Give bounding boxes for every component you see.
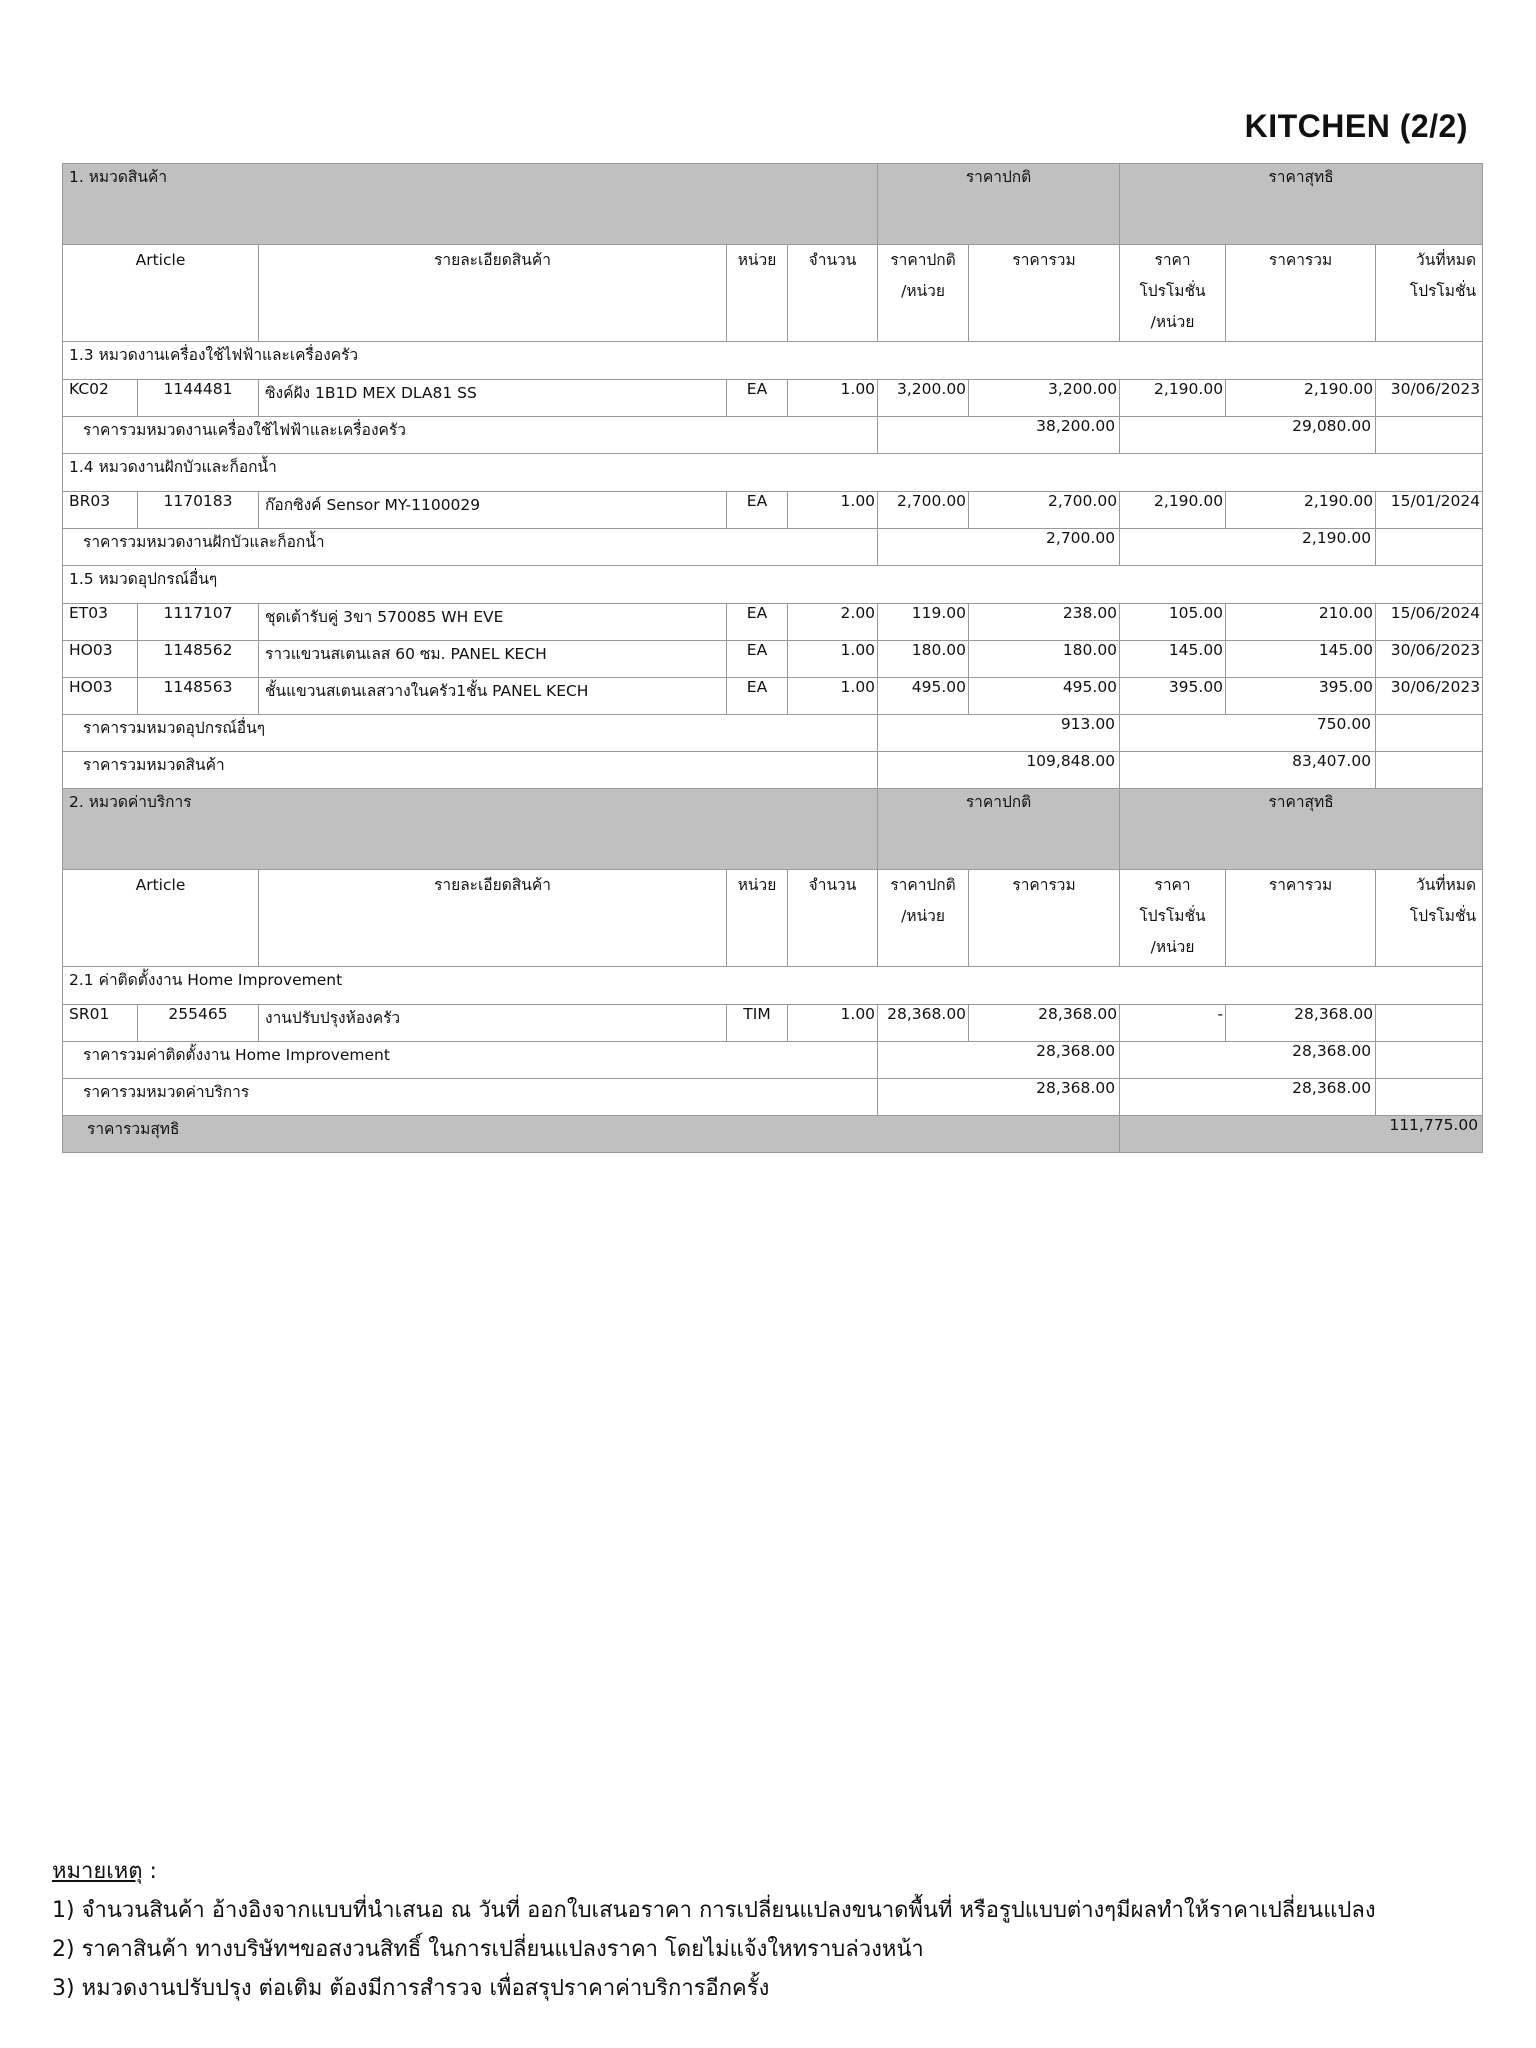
section-total-empty (1376, 1079, 1483, 1116)
col-description: รายละเอียดสินค้า (259, 245, 727, 342)
note-line: 2) ราคาสินค้า ทางบริษัทฯขอสงวนสิทธิ์ ในก… (52, 1930, 1376, 1969)
header-text: รายละเอียดสินค้า (265, 870, 720, 901)
section-total-net: 28,368.00 (1120, 1079, 1376, 1116)
header-text: วันที่หมด (1382, 245, 1476, 276)
col-normal-unit-price: ราคาปกติ/หน่วย (878, 870, 969, 967)
item-promo-price: 105.00 (1120, 604, 1226, 641)
item-article: 1170183 (138, 492, 259, 529)
header-text: Article (69, 870, 252, 901)
group-normal-price: ราคาปกติ (878, 164, 1120, 245)
header-text: ราคาปกติ (884, 245, 962, 276)
col-promo-end: วันที่หมดโปรโมชั่น (1376, 870, 1483, 967)
category-header: 1.3 หมวดงานเครื่องใช้ไฟฟ้าและเครื่องครัว (63, 342, 1483, 380)
item-total: 3,200.00 (969, 380, 1120, 417)
item-promo-end (1376, 1005, 1483, 1042)
subtotal-label: ราคารวมค่าติดตั้งงาน Home Improvement (63, 1042, 878, 1079)
group-normal-price: ราคาปกติ (878, 789, 1120, 870)
col-unit: หน่วย (727, 870, 788, 967)
group-net-price: ราคาสุทธิ (1120, 789, 1483, 870)
category-title: 1.5 หมวดอุปกรณ์อื่นๆ (63, 566, 1483, 604)
item-article: 255465 (138, 1005, 259, 1042)
column-header-row: Articleรายละเอียดสินค้าหน่วยจำนวนราคาปกต… (63, 870, 1483, 967)
grand-total-value: 111,775.00 (1120, 1116, 1483, 1153)
subtotal-net: 2,190.00 (1120, 529, 1376, 566)
quotation-table: 1. หมวดสินค้าราคาปกติราคาสุทธิArticleราย… (62, 163, 1483, 1153)
header-text: จำนวน (794, 245, 871, 276)
subtotal-net: 750.00 (1120, 715, 1376, 752)
category-title: 1.4 หมวดงานฝักบัวและก็อกน้ำ (63, 454, 1483, 492)
col-normal-total: ราคารวม (969, 870, 1120, 967)
col-qty: จำนวน (788, 870, 878, 967)
header-text: /หน่วย (1126, 307, 1219, 338)
item-unit: EA (727, 641, 788, 678)
section-total: ราคารวมหมวดค่าบริการ28,368.0028,368.00 (63, 1079, 1483, 1116)
section-total-normal: 109,848.00 (878, 752, 1120, 789)
subtotal-label: ราคารวมหมวดงานเครื่องใช้ไฟฟ้าและเครื่องค… (63, 417, 878, 454)
item-unit: EA (727, 380, 788, 417)
item-total: 180.00 (969, 641, 1120, 678)
table-row: HO031148563ชั้นแขวนสเตนเลสวางในครัว1ชั้น… (63, 678, 1483, 715)
item-qty: 1.00 (788, 1005, 878, 1042)
item-total: 2,700.00 (969, 492, 1120, 529)
item-article: 1117107 (138, 604, 259, 641)
item-description: ซิงค์ฝัง 1B1D MEX DLA81 SS (259, 380, 727, 417)
category-header: 2.1 ค่าติดตั้งงาน Home Improvement (63, 967, 1483, 1005)
col-article: Article (63, 245, 259, 342)
category-title: 2.1 ค่าติดตั้งงาน Home Improvement (63, 967, 1483, 1005)
item-promo-price: 395.00 (1120, 678, 1226, 715)
header-text: หน่วย (733, 870, 781, 901)
item-description: ชุดเต้ารับคู่ 3ขา 570085 WH EVE (259, 604, 727, 641)
item-unit: EA (727, 604, 788, 641)
col-net-total: ราคารวม (1226, 245, 1376, 342)
item-qty: 1.00 (788, 380, 878, 417)
item-promo-price: - (1120, 1005, 1226, 1042)
item-net-total: 210.00 (1226, 604, 1376, 641)
item-qty: 1.00 (788, 492, 878, 529)
item-qty: 1.00 (788, 641, 878, 678)
header-text: ราคารวม (1232, 870, 1369, 901)
col-article: Article (63, 870, 259, 967)
subtotal-empty (1376, 715, 1483, 752)
header-text: โปรโมชั่น (1126, 901, 1219, 932)
note-line: 3) หมวดงานปรับปรุง ต่อเติม ต้องมีการสำรว… (52, 1969, 1376, 2008)
item-unit-price: 180.00 (878, 641, 969, 678)
col-normal-total: ราคารวม (969, 245, 1120, 342)
section-header: 1. หมวดสินค้าราคาปกติราคาสุทธิ (63, 164, 1483, 245)
header-text: โปรโมชั่น (1126, 276, 1219, 307)
category-header: 1.4 หมวดงานฝักบัวและก็อกน้ำ (63, 454, 1483, 492)
col-net-total: ราคารวม (1226, 870, 1376, 967)
item-unit: TIM (727, 1005, 788, 1042)
subtotal-net: 29,080.00 (1120, 417, 1376, 454)
notes-heading: หมายเหตุ : (52, 1852, 1376, 1891)
table-row: KC021144481ซิงค์ฝัง 1B1D MEX DLA81 SSEA1… (63, 380, 1483, 417)
item-unit-price: 495.00 (878, 678, 969, 715)
item-promo-price: 2,190.00 (1120, 380, 1226, 417)
item-code: SR01 (63, 1005, 138, 1042)
subtotal-empty (1376, 1042, 1483, 1079)
header-text: รายละเอียดสินค้า (265, 245, 720, 276)
item-unit-price: 119.00 (878, 604, 969, 641)
section-total-net: 83,407.00 (1120, 752, 1376, 789)
header-text: ราคารวม (975, 870, 1113, 901)
grand-total-row: ราคารวมสุทธิ111,775.00 (63, 1116, 1483, 1153)
section-title: 1. หมวดสินค้า (63, 164, 878, 245)
item-article: 1148563 (138, 678, 259, 715)
subtotal-net: 28,368.00 (1120, 1042, 1376, 1079)
subtotal-normal: 913.00 (878, 715, 1120, 752)
section-total-empty (1376, 752, 1483, 789)
item-promo-end: 30/06/2023 (1376, 380, 1483, 417)
page-title: KITCHEN (2/2) (1245, 108, 1468, 145)
item-promo-end: 30/06/2023 (1376, 641, 1483, 678)
header-text: หน่วย (733, 245, 781, 276)
section-total-label: ราคารวมหมวดค่าบริการ (63, 1079, 878, 1116)
item-article: 1148562 (138, 641, 259, 678)
item-unit-price: 3,200.00 (878, 380, 969, 417)
item-code: HO03 (63, 641, 138, 678)
header-text: Article (69, 245, 252, 276)
col-unit: หน่วย (727, 245, 788, 342)
item-qty: 1.00 (788, 678, 878, 715)
column-header-row: Articleรายละเอียดสินค้าหน่วยจำนวนราคาปกต… (63, 245, 1483, 342)
category-header: 1.5 หมวดอุปกรณ์อื่นๆ (63, 566, 1483, 604)
category-subtotal: ราคารวมหมวดอุปกรณ์อื่นๆ913.00750.00 (63, 715, 1483, 752)
subtotal-normal: 2,700.00 (878, 529, 1120, 566)
item-promo-end: 30/06/2023 (1376, 678, 1483, 715)
item-description: งานปรับปรุงห้องครัว (259, 1005, 727, 1042)
header-text: จำนวน (794, 870, 871, 901)
grand-total-label: ราคารวมสุทธิ (63, 1116, 1120, 1153)
quotation-body: 1. หมวดสินค้าราคาปกติราคาสุทธิArticleราย… (63, 164, 1483, 1153)
header-text: ราคา (1126, 245, 1219, 276)
header-text: ราคา (1126, 870, 1219, 901)
header-text: โปรโมชั่น (1382, 901, 1476, 932)
item-description: ราวแขวนสเตนเลส 60 ซม. PANEL KECH (259, 641, 727, 678)
item-total: 495.00 (969, 678, 1120, 715)
subtotal-label: ราคารวมหมวดอุปกรณ์อื่นๆ (63, 715, 878, 752)
item-code: HO03 (63, 678, 138, 715)
header-text: วันที่หมด (1382, 870, 1476, 901)
subtotal-empty (1376, 417, 1483, 454)
item-article: 1144481 (138, 380, 259, 417)
subtotal-normal: 28,368.00 (878, 1042, 1120, 1079)
subtotal-label: ราคารวมหมวดงานฝักบัวและก็อกน้ำ (63, 529, 878, 566)
item-promo-end: 15/01/2024 (1376, 492, 1483, 529)
category-subtotal: ราคารวมค่าติดตั้งงาน Home Improvement28,… (63, 1042, 1483, 1079)
item-qty: 2.00 (788, 604, 878, 641)
table-row: BR031170183ก๊อกซิงค์ Sensor MY-1100029EA… (63, 492, 1483, 529)
item-unit-price: 28,368.00 (878, 1005, 969, 1042)
table-row: ET031117107ชุดเต้ารับคู่ 3ขา 570085 WH E… (63, 604, 1483, 641)
col-description: รายละเอียดสินค้า (259, 870, 727, 967)
header-text: /หน่วย (884, 901, 962, 932)
item-description: ชั้นแขวนสเตนเลสวางในครัว1ชั้น PANEL KECH (259, 678, 727, 715)
item-unit: EA (727, 678, 788, 715)
section-total-label: ราคารวมหมวดสินค้า (63, 752, 878, 789)
section-total: ราคารวมหมวดสินค้า109,848.0083,407.00 (63, 752, 1483, 789)
header-text: ราคาปกติ (884, 870, 962, 901)
item-code: ET03 (63, 604, 138, 641)
col-qty: จำนวน (788, 245, 878, 342)
notes: หมายเหตุ : 1) จำนวนสินค้า อ้างอิงจากแบบท… (52, 1852, 1376, 2008)
item-net-total: 2,190.00 (1226, 492, 1376, 529)
item-description: ก๊อกซิงค์ Sensor MY-1100029 (259, 492, 727, 529)
category-subtotal: ราคารวมหมวดงานเครื่องใช้ไฟฟ้าและเครื่องค… (63, 417, 1483, 454)
item-net-total: 395.00 (1226, 678, 1376, 715)
item-net-total: 28,368.00 (1226, 1005, 1376, 1042)
item-code: KC02 (63, 380, 138, 417)
item-promo-price: 2,190.00 (1120, 492, 1226, 529)
col-promo-unit-price: ราคาโปรโมชั่น/หน่วย (1120, 245, 1226, 342)
header-text: /หน่วย (1126, 932, 1219, 963)
section-total-normal: 28,368.00 (878, 1079, 1120, 1116)
section-title: 2. หมวดค่าบริการ (63, 789, 878, 870)
item-promo-end: 15/06/2024 (1376, 604, 1483, 641)
category-title: 1.3 หมวดงานเครื่องใช้ไฟฟ้าและเครื่องครัว (63, 342, 1483, 380)
group-net-price: ราคาสุทธิ (1120, 164, 1483, 245)
subtotal-empty (1376, 529, 1483, 566)
col-promo-unit-price: ราคาโปรโมชั่น/หน่วย (1120, 870, 1226, 967)
category-subtotal: ราคารวมหมวดงานฝักบัวและก็อกน้ำ2,700.002,… (63, 529, 1483, 566)
note-line: 1) จำนวนสินค้า อ้างอิงจากแบบที่นำเสนอ ณ … (52, 1891, 1376, 1930)
col-promo-end: วันที่หมดโปรโมชั่น (1376, 245, 1483, 342)
col-normal-unit-price: ราคาปกติ/หน่วย (878, 245, 969, 342)
item-unit-price: 2,700.00 (878, 492, 969, 529)
item-total: 28,368.00 (969, 1005, 1120, 1042)
subtotal-normal: 38,200.00 (878, 417, 1120, 454)
item-promo-price: 145.00 (1120, 641, 1226, 678)
header-text: ราคารวม (975, 245, 1113, 276)
item-net-total: 145.00 (1226, 641, 1376, 678)
table-row: HO031148562ราวแขวนสเตนเลส 60 ซม. PANEL K… (63, 641, 1483, 678)
header-text: โปรโมชั่น (1382, 276, 1476, 307)
item-unit: EA (727, 492, 788, 529)
header-text: /หน่วย (884, 276, 962, 307)
table-row: SR01255465งานปรับปรุงห้องครัวTIM1.0028,3… (63, 1005, 1483, 1042)
header-text: ราคารวม (1232, 245, 1369, 276)
item-total: 238.00 (969, 604, 1120, 641)
item-net-total: 2,190.00 (1226, 380, 1376, 417)
section-header: 2. หมวดค่าบริการราคาปกติราคาสุทธิ (63, 789, 1483, 870)
item-code: BR03 (63, 492, 138, 529)
